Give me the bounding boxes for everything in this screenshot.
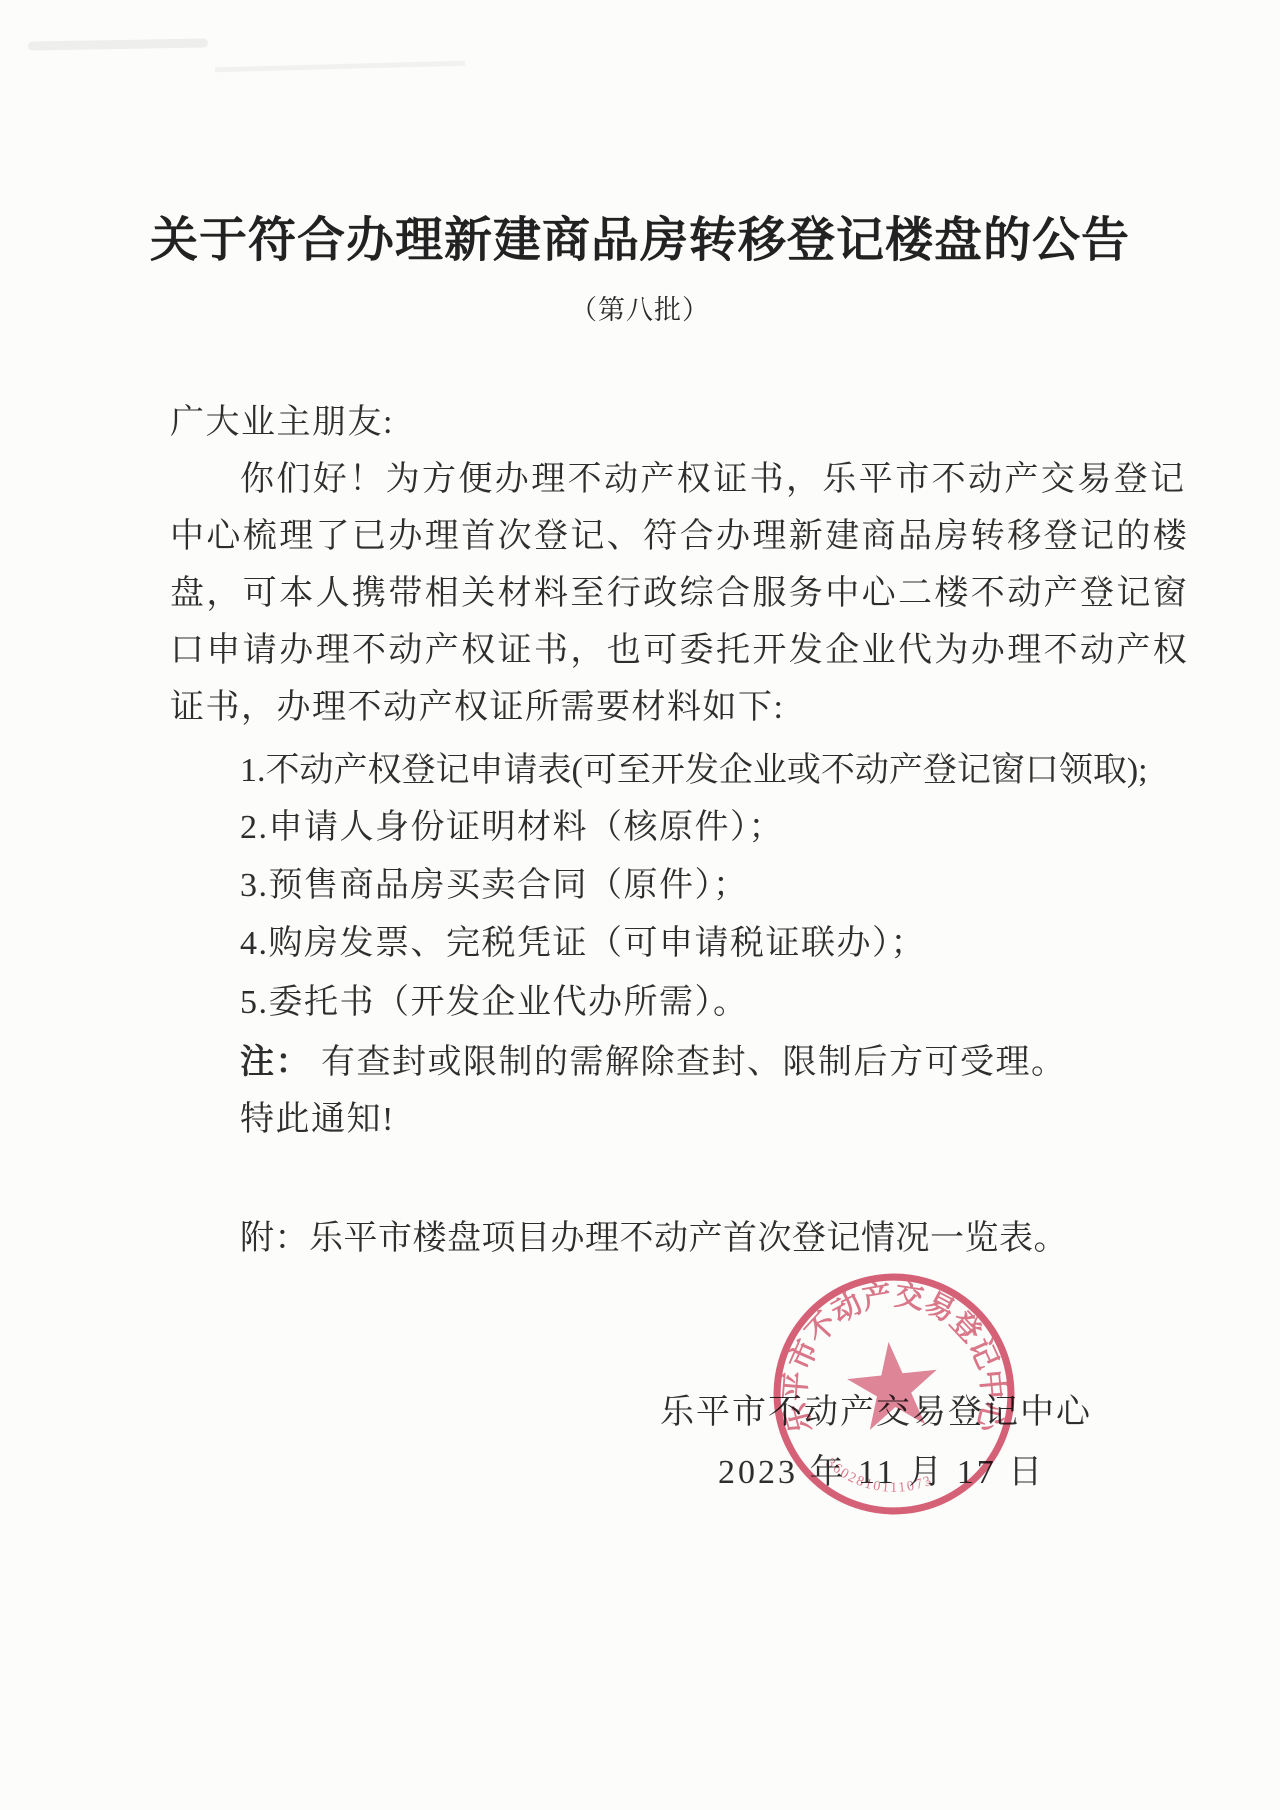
list-item: 5.委托书（开发企业代办所需）。 [240, 986, 749, 1020]
announcement-document: 关于符合办理新建商品房转移登记楼盘的公告 （第八批） 广大业主朋友: 你们好！为… [0, 0, 1280, 1810]
paragraph-line: 证书，办理不动产权证所需要材料如下: [170, 691, 784, 725]
paragraph-line: 盘，可本人携带相关材料至行政综合服务中心二楼不动产登记窗 [170, 577, 1189, 611]
document-title: 关于符合办理新建商品房转移登记楼盘的公告 [0, 212, 1280, 270]
note: 注：有查封或限制的需解除查封、限制后方可受理。 [240, 1046, 1067, 1080]
salutation: 广大业主朋友: [170, 406, 394, 440]
document-subtitle: （第八批） [0, 288, 1280, 327]
scan-artifact [215, 61, 465, 73]
note-label: 注： [240, 1044, 311, 1081]
attachment-note: 附：乐平市楼盘项目办理不动产首次登记情况一览表。 [240, 1222, 1068, 1256]
list-item: 4.购房发票、完税凭证（可申请税证联办）； [240, 927, 926, 961]
paragraph-line: 中心梳理了已办理首次登记、符合办理新建商品房转移登记的楼 [170, 520, 1189, 554]
paragraph-line: 口申请办理不动产权证书，也可委托开发企业代为办理不动产权 [170, 634, 1189, 668]
list-item: 3.预售商品房买卖合同（原件）； [240, 869, 749, 903]
note-text: 有查封或限制的需解除查封、限制后方可受理。 [321, 1044, 1067, 1081]
signature-date: 2023 年 11 月 17 日 [718, 1456, 1045, 1490]
closing: 特此通知! [240, 1103, 395, 1137]
list-item: 2.申请人身份证明材料（核原件）； [240, 811, 784, 845]
scan-artifact [28, 38, 208, 50]
list-item: 1.不动产权登记申请表(可至开发企业或不动产登记窗口领取); [240, 754, 1148, 788]
paragraph-line: 你们好！为方便办理不动产权证书，乐平市不动产交易登记 [240, 463, 1186, 497]
signature-org: 乐平市不动产交易登记中心 [660, 1396, 1092, 1430]
